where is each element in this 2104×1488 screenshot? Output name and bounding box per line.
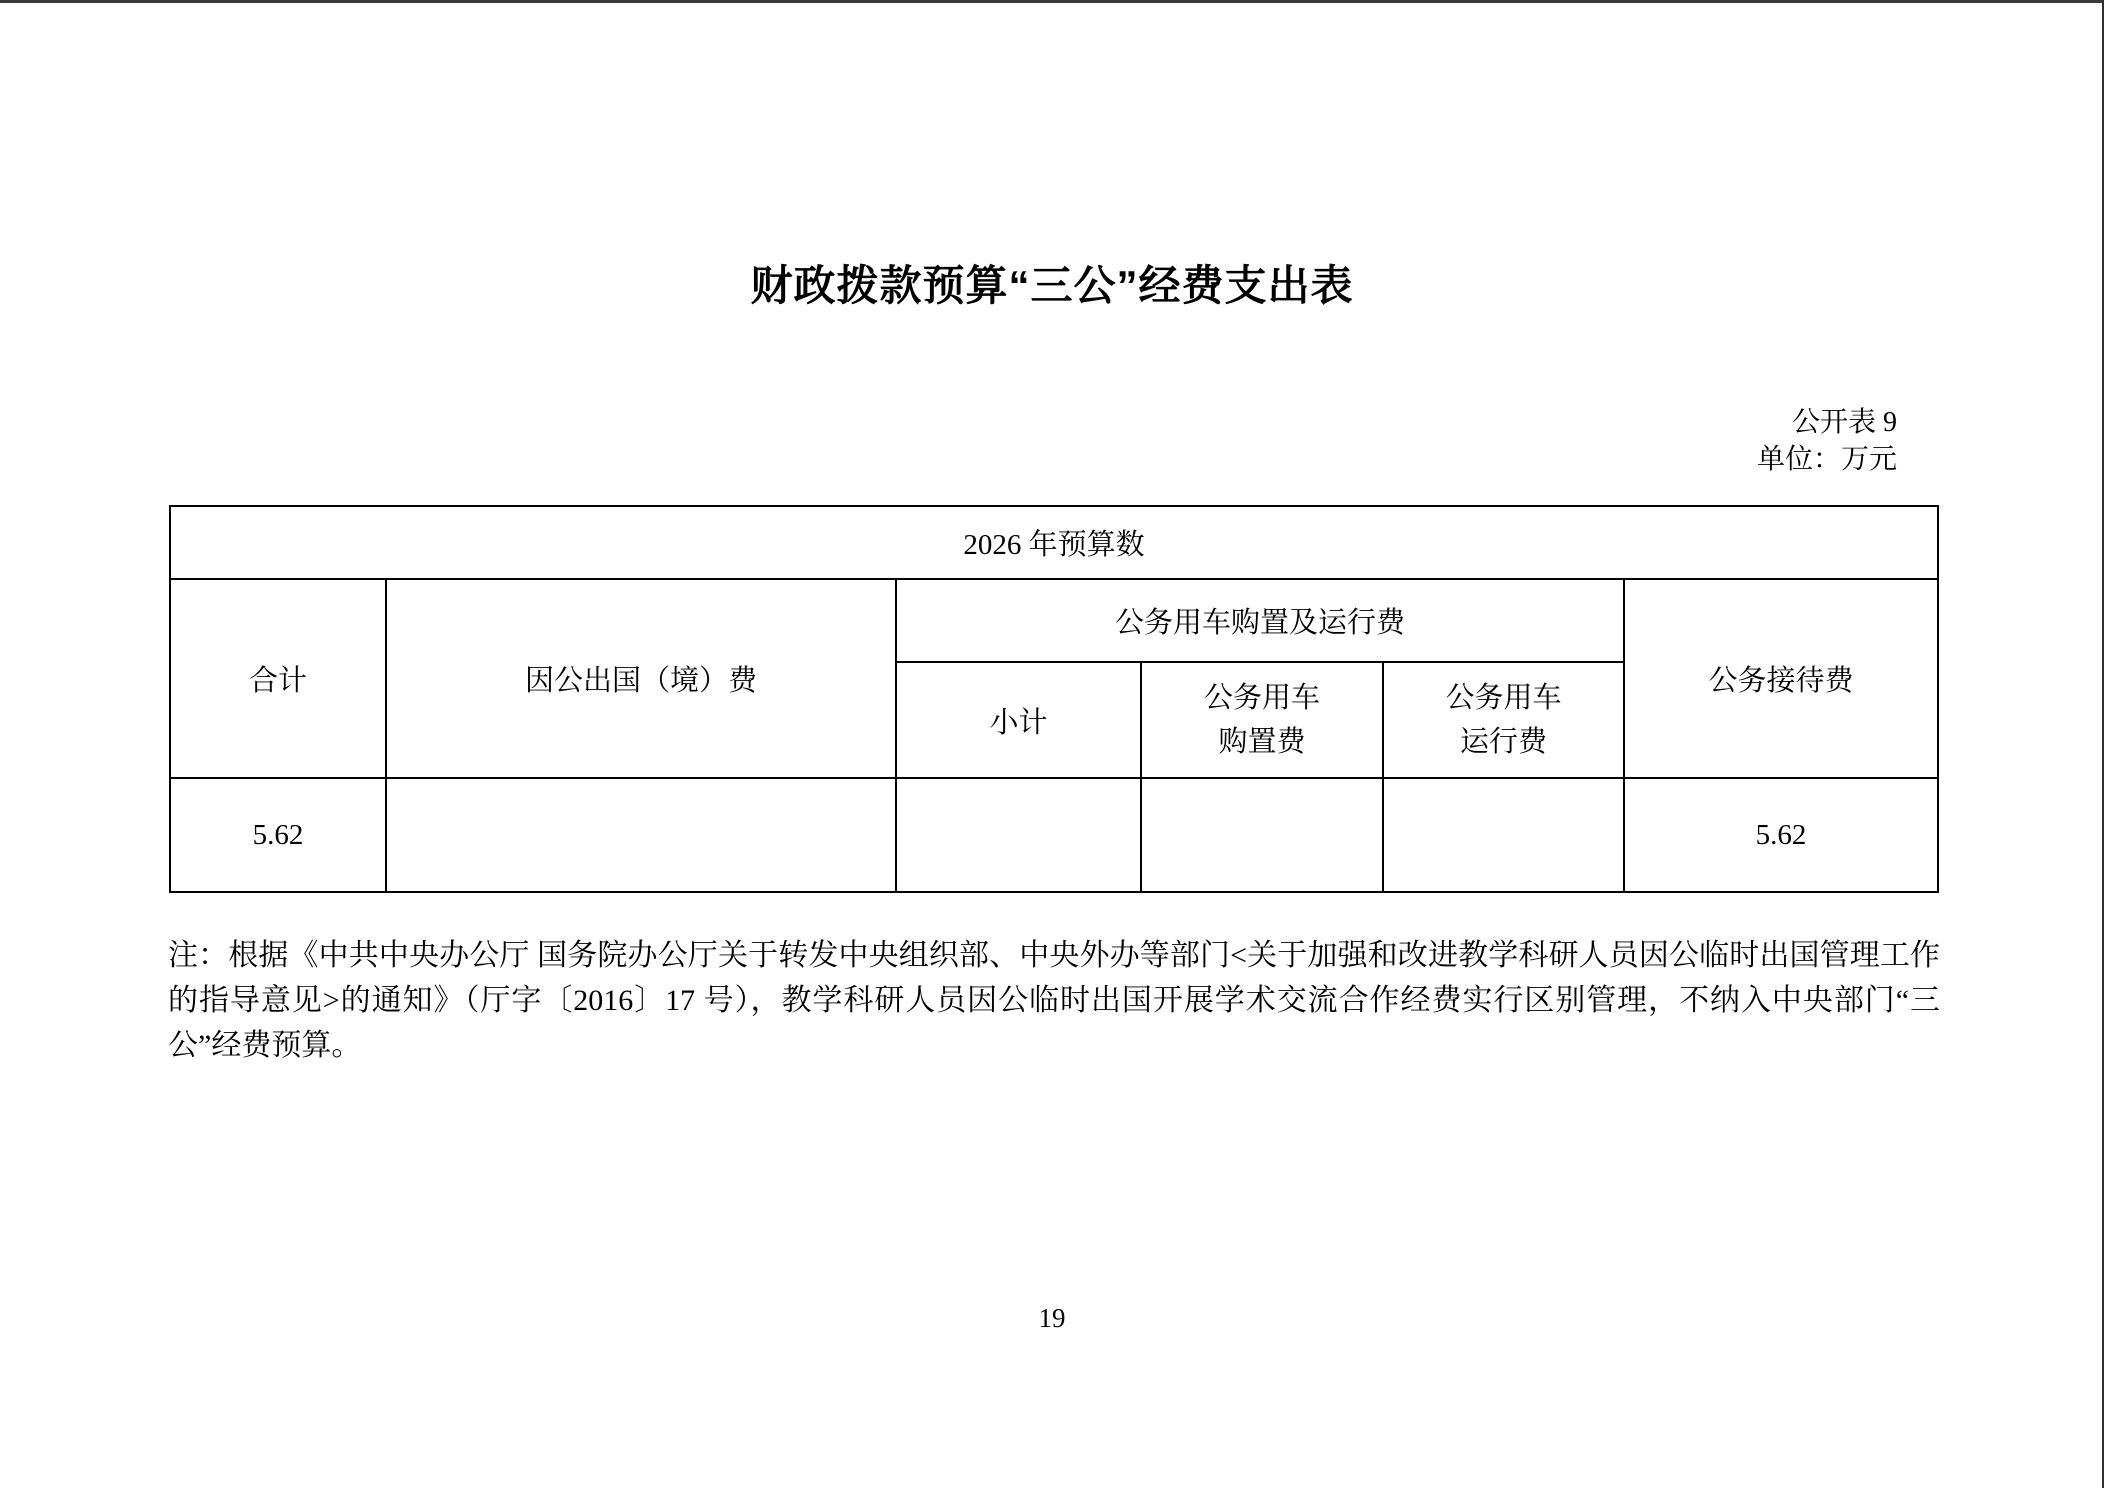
value-vehicle-subtotal	[896, 778, 1141, 892]
header-total: 合计	[170, 579, 386, 778]
public-table-label: 公开表 9	[1757, 404, 1897, 441]
value-vehicle-purchase	[1141, 778, 1383, 892]
value-reception-expense: 5.62	[1624, 778, 1938, 892]
table-row-values: 5.62 5.62	[170, 778, 1938, 892]
three-public-expense-table: 2026 年预算数 合计 因公出国（境）费 公务用车购置及运行费 公务接待费 小…	[169, 505, 1939, 893]
year-header-cell: 2026 年预算数	[170, 506, 1938, 579]
unit-label: 单位：万元	[1757, 441, 1897, 478]
header-vehicle-subtotal: 小计	[896, 662, 1141, 778]
header-vehicle-purchase: 公务用车 购置费	[1141, 662, 1383, 778]
page-number: 19	[0, 1303, 2104, 1334]
footnote: 注：根据《中共中央办公厅 国务院办公厅关于转发中央组织部、中央外办等部门<关于加…	[168, 933, 1940, 1068]
table-meta: 公开表 9 单位：万元	[1757, 404, 1897, 478]
value-total: 5.62	[170, 778, 386, 892]
header-reception-expense: 公务接待费	[1624, 579, 1938, 778]
table-row-group-header: 合计 因公出国（境）费 公务用车购置及运行费 公务接待费	[170, 579, 1938, 662]
header-abroad-expense: 因公出国（境）费	[386, 579, 896, 778]
page-title: 财政拨款预算“三公”经费支出表	[0, 260, 2104, 312]
value-vehicle-operation	[1383, 778, 1624, 892]
value-abroad-expense	[386, 778, 896, 892]
header-vehicle-operation: 公务用车 运行费	[1383, 662, 1624, 778]
table-row-year-header: 2026 年预算数	[170, 506, 1938, 579]
page-top-edge	[0, 0, 2104, 3]
header-vehicle-group: 公务用车购置及运行费	[896, 579, 1624, 662]
